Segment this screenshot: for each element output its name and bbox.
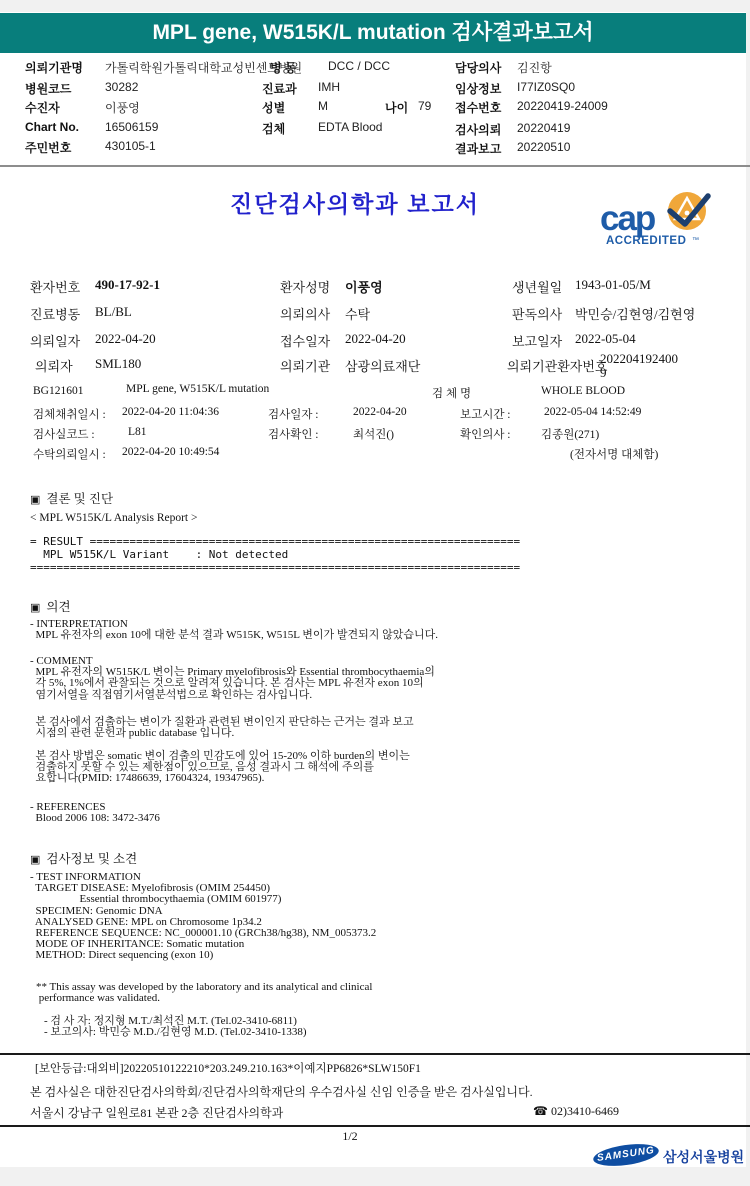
label-test-verified-by: 검사확인 :	[268, 426, 319, 442]
cap-accredited-logo: cap ACCREDITED ™	[600, 190, 714, 248]
value-care-ward: BL/BL	[95, 304, 132, 320]
cap-accredited-text: ACCREDITED	[606, 235, 686, 247]
value-resident-no: 430105-1	[105, 139, 156, 153]
samsung-logo: SAMSUNG	[592, 1141, 660, 1170]
footer-divider-top	[0, 1053, 750, 1055]
label-test-date: 검사일자 :	[268, 406, 319, 422]
electronic-signature-note: (전자서명 대체함)	[570, 446, 658, 462]
header-divider-line	[0, 165, 750, 167]
report-title-banner: MPL gene, W515K/L mutation 검사결과보고서	[0, 13, 746, 53]
label-examinee: 수진자	[25, 99, 60, 116]
test-name: MPL gene, W515K/L mutation	[126, 383, 269, 395]
bottom-gray-strip	[0, 1167, 750, 1186]
label-report-time: 보고시간 :	[460, 406, 511, 422]
page-number: 1/2	[0, 1129, 700, 1144]
label-sex: 성별	[262, 99, 285, 116]
label-attending-doctor: 담당의사	[455, 59, 501, 76]
value-result-report-date: 20220510	[517, 140, 570, 154]
label-request-date: 의뢰일자	[30, 331, 80, 350]
label-patient-name: 환자성명	[280, 277, 330, 296]
label-chart-no: Chart No.	[25, 120, 79, 134]
cap-wordmark: cap	[600, 199, 655, 238]
value-confirming-doctor: 김종원(271)	[541, 426, 599, 442]
comment-paragraph-3: 본 검사 방법은 somatic 변이 검출의 민감도에 있어 15-20% 이…	[30, 751, 410, 785]
value-chart-no: 16506159	[105, 120, 158, 134]
value-clinical-info: I77IZ0SQ0	[517, 80, 575, 94]
label-requester: 의뢰자	[35, 356, 73, 375]
label-referring-org: 의뢰기관	[280, 356, 330, 375]
value-test-request-date: 20220419	[517, 121, 570, 135]
value-accession-no: 20220419-24009	[517, 99, 608, 113]
label-outsource-request-datetime: 수탁의뢰일시 :	[33, 446, 106, 462]
section-bullet-icon: ▣	[30, 854, 40, 866]
label-test-request-date: 검사의뢰	[455, 121, 501, 138]
value-reviewing-doctor: 박민승/김현영/김현영	[575, 304, 695, 323]
phone-icon: ☎	[533, 1104, 548, 1118]
opinion-heading-text: 의견	[46, 600, 70, 614]
hospital-name-logo-text: 삼성서울병원	[663, 1147, 744, 1167]
value-org-patient-no: 2022041924009	[600, 352, 680, 380]
analysis-report-title: < MPL W515K/L Analysis Report >	[30, 512, 197, 524]
value-birthdate: 1943-01-05/M	[575, 277, 651, 293]
label-clinical-info: 임상정보	[455, 80, 501, 97]
label-specimen-type: 검체	[262, 120, 285, 137]
value-outsource-request-datetime: 2022-04-20 10:49:54	[122, 446, 219, 458]
cap-logo-graphic: cap ACCREDITED ™	[600, 190, 714, 248]
test-code: BG121601	[33, 385, 83, 397]
value-collection-datetime: 2022-04-20 11:04:36	[122, 406, 219, 418]
conclusion-heading-text: 결론 및 진단	[46, 492, 113, 506]
label-org-patient-no: 의뢰기관환자번호	[507, 356, 607, 375]
label-requesting-doctor: 의뢰의사	[280, 304, 330, 323]
label-hospital-code: 병원코드	[25, 80, 71, 97]
label-resident-no: 주민번호	[25, 139, 71, 156]
phone-number: 02)3410-6469	[551, 1104, 619, 1118]
label-confirming-doctor: 확인의사 :	[460, 426, 511, 442]
security-classification-line: [보안등급:대외비]20220510122210*203.249.210.163…	[35, 1060, 421, 1076]
hospital-address: 서울시 강남구 일원로81 본관 2층 진단검사의학과	[30, 1104, 283, 1121]
label-ward: 병 동	[270, 59, 297, 76]
label-collection-datetime: 검체채취일시 :	[33, 406, 106, 422]
value-lab-code: L81	[128, 426, 147, 438]
comment-paragraph-2: 본 검사에서 검출하는 변이가 질환과 관련된 변이인지 판단하는 근거는 결과…	[30, 717, 414, 739]
hospital-phone: ☎ 02)3410-6469	[533, 1104, 619, 1119]
section-bullet-icon: ▣	[30, 494, 40, 506]
value-ward: DCC / DCC	[328, 59, 390, 73]
label-specimen-name: 검 체 명	[432, 385, 471, 401]
value-examinee: 이풍영	[105, 99, 140, 116]
lab-report-page: MPL gene, W515K/L mutation 검사결과보고서 의뢰기관명…	[0, 0, 750, 1186]
value-requesting-doctor: 수탁	[345, 304, 370, 323]
right-gray-strip	[746, 0, 750, 1186]
label-referring-institution: 의뢰기관명	[25, 59, 83, 76]
value-referring-org: 삼광의료재단	[345, 356, 420, 375]
label-lab-code: 검사실코드 :	[33, 426, 95, 442]
section-test-info-heading: ▣검사정보 및 소견	[30, 849, 137, 867]
value-specimen-name: WHOLE BLOOD	[541, 385, 625, 397]
label-age: 나이	[385, 99, 408, 116]
label-patient-no: 환자번호	[30, 277, 80, 296]
test-information-block: - TEST INFORMATION TARGET DISEASE: Myelo…	[30, 872, 376, 962]
label-department: 진료과	[262, 80, 297, 97]
value-age: 79	[418, 99, 431, 113]
value-patient-name: 이풍영	[345, 277, 383, 296]
value-test-date: 2022-04-20	[353, 406, 407, 418]
cap-trademark-symbol: ™	[692, 237, 699, 244]
label-report-date: 보고일자	[512, 331, 562, 350]
value-attending-doctor: 김진항	[517, 59, 552, 76]
value-sex: M	[318, 99, 328, 113]
test-info-heading-text: 검사정보 및 소견	[46, 852, 137, 866]
label-accession-no: 접수번호	[455, 99, 501, 116]
value-report-date: 2022-05-04	[575, 331, 636, 347]
value-test-verified-by: 최석진()	[353, 426, 394, 442]
section-conclusion-heading: ▣결론 및 진단	[30, 489, 113, 507]
comment-block: - COMMENT MPL 유전자의 W515K/L 변이는 Primary m…	[30, 656, 435, 701]
lab-accreditation-statement: 본 검사실은 대한진단검사의학회/진단검사의학재단의 우수검사실 신임 인증을 …	[30, 1083, 533, 1100]
top-gray-strip	[0, 0, 750, 12]
value-specimen-type: EDTA Blood	[318, 120, 382, 134]
label-care-ward: 진료병동	[30, 304, 80, 323]
label-birthdate: 생년월일	[512, 277, 562, 296]
value-receipt-date: 2022-04-20	[345, 331, 406, 347]
references-block: - REFERENCES Blood 2006 108: 3472-3476	[30, 802, 160, 824]
value-report-time: 2022-05-04 14:52:49	[544, 406, 641, 418]
value-request-date: 2022-04-20	[95, 331, 156, 347]
label-receipt-date: 접수일자	[280, 331, 330, 350]
value-department: IMH	[318, 80, 340, 94]
cap-emblem-dot	[685, 211, 690, 216]
footer-divider-bottom	[0, 1125, 750, 1127]
section-opinion-heading: ▣의견	[30, 597, 71, 615]
section-bullet-icon: ▣	[30, 602, 40, 614]
value-hospital-code: 30282	[105, 80, 138, 94]
staff-contact-block: - 검 사 자: 정지형 M.T./최석진 M.T. (Tel.02-3410-…	[44, 1016, 307, 1038]
interpretation-block: - INTERPRETATION MPL 유전자의 exon 10에 대한 분석…	[30, 619, 438, 641]
assay-validation-note: ** This assay was developed by the labor…	[36, 982, 372, 1004]
value-patient-no: 490-17-92-1	[95, 277, 160, 293]
label-result-report-date: 결과보고	[455, 140, 501, 157]
result-block: = RESULT ===============================…	[30, 535, 520, 574]
label-reviewing-doctor: 판독의사	[512, 304, 562, 323]
value-requester: SML180	[95, 356, 141, 372]
